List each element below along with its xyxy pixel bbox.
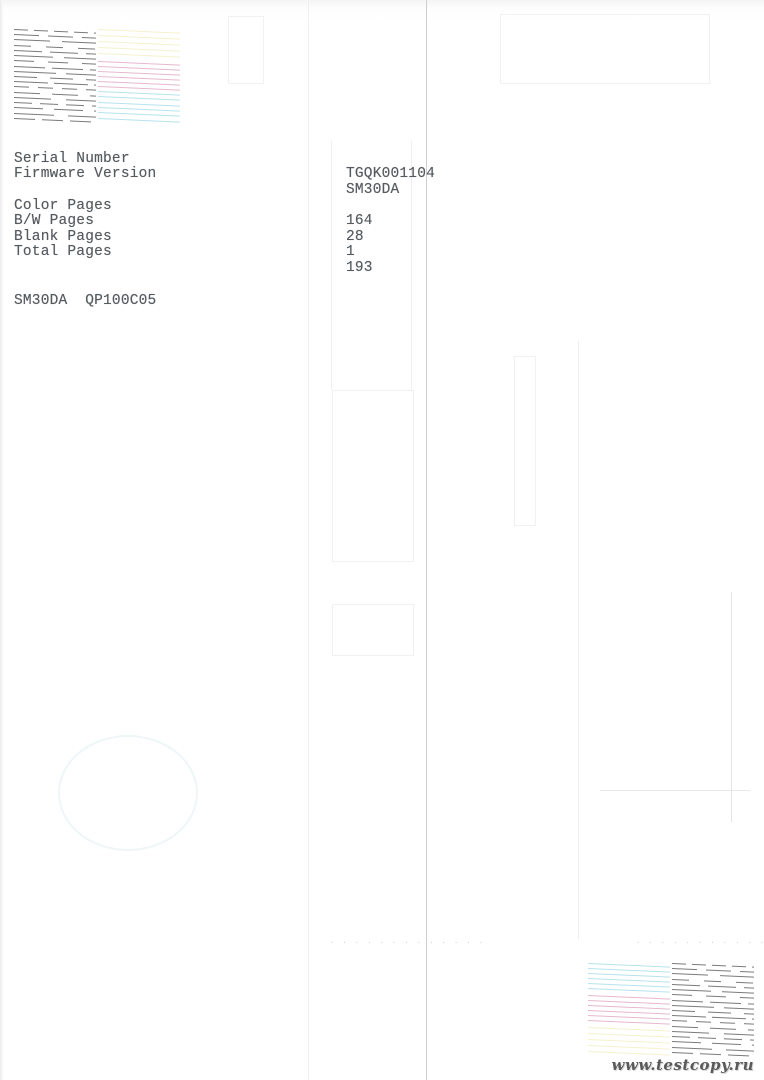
bw-pages-row: B/W Pages 28 xyxy=(0,199,53,215)
nozzle-line xyxy=(98,41,180,46)
nozzle-line xyxy=(588,1033,670,1038)
nozzle-line xyxy=(98,118,180,123)
magenta-nozzle-block xyxy=(98,60,180,90)
nozzle-line xyxy=(588,1015,670,1020)
nozzle-line xyxy=(588,978,670,983)
firmware-version-label: Firmware Version xyxy=(14,167,156,183)
black-nozzle-block xyxy=(672,962,754,1056)
nozzle-check-pattern-top xyxy=(14,28,180,122)
nozzle-line xyxy=(14,107,96,112)
nozzle-line xyxy=(98,53,180,58)
nozzle-line xyxy=(672,1031,754,1036)
nozzle-line xyxy=(672,1041,754,1046)
nozzle-line xyxy=(98,81,180,86)
blank-pages-value: 1 xyxy=(346,245,355,261)
nozzle-line xyxy=(14,113,96,118)
nozzle-line xyxy=(14,60,96,65)
nozzle-line xyxy=(672,1015,754,1020)
nozzle-line xyxy=(14,66,96,71)
nozzle-line xyxy=(14,39,96,44)
ghost-line xyxy=(731,592,732,822)
firmware-version-row: Firmware Version SM30DA xyxy=(0,152,53,168)
nozzle-line xyxy=(98,102,180,107)
nozzle-line xyxy=(98,76,180,81)
total-pages-row: Total Pages 193 xyxy=(0,230,53,246)
nozzle-line xyxy=(672,1047,754,1052)
yellow-nozzle-block xyxy=(588,1026,670,1056)
nozzle-line xyxy=(672,1000,754,1005)
ghost-seal xyxy=(58,735,198,851)
nozzle-line xyxy=(672,989,754,994)
nozzle-line xyxy=(98,29,180,34)
ghost-box xyxy=(500,14,710,84)
nozzle-line xyxy=(672,979,754,984)
nozzle-line xyxy=(588,1000,670,1005)
firmware-code-footer: SM30DA QP100C05 xyxy=(14,293,156,309)
nozzle-line xyxy=(588,1027,670,1032)
ghost-text: . . . . . . . . . . . xyxy=(636,938,764,946)
watermark: www.testcopy.ru xyxy=(612,1056,754,1074)
cyan-nozzle-block xyxy=(98,90,180,122)
nozzle-line xyxy=(98,107,180,112)
black-nozzle-block xyxy=(14,28,96,122)
nozzle-line xyxy=(14,34,96,39)
ghost-box xyxy=(332,604,414,656)
nozzle-line xyxy=(588,973,670,978)
nozzle-line xyxy=(14,118,96,123)
nozzle-line xyxy=(14,97,96,102)
ghost-line xyxy=(600,790,750,791)
nozzle-line xyxy=(14,81,96,86)
nozzle-line xyxy=(98,96,180,101)
ghost-box xyxy=(514,356,536,526)
nozzle-line xyxy=(98,35,180,40)
nozzle-line xyxy=(672,1005,754,1010)
nozzle-line xyxy=(672,1036,754,1041)
nozzle-line xyxy=(98,91,180,96)
nozzle-line xyxy=(14,86,96,91)
status-report: Serial Number TGQK001104 Firmware Versio… xyxy=(0,136,460,256)
color-pages-row: Color Pages 164 xyxy=(0,183,53,199)
nozzle-check-pattern-bottom xyxy=(588,962,754,1056)
nozzle-line xyxy=(588,983,670,988)
nozzle-line xyxy=(588,995,670,1000)
nozzle-line xyxy=(672,984,754,989)
nozzle-line xyxy=(588,1051,670,1056)
serial-number-row: Serial Number TGQK001104 xyxy=(0,136,53,152)
nozzle-line xyxy=(98,112,180,117)
nozzle-line xyxy=(98,66,180,71)
nozzle-line xyxy=(672,1010,754,1015)
nozzle-line xyxy=(14,71,96,76)
nozzle-line xyxy=(588,1039,670,1044)
nozzle-line xyxy=(14,55,96,60)
ghost-text: . . . . . . . . . . . . . xyxy=(330,938,485,946)
nozzle-line xyxy=(14,45,96,50)
nozzle-line xyxy=(14,102,96,107)
nozzle-line xyxy=(672,1020,754,1025)
nozzle-line xyxy=(672,963,754,968)
nozzle-line xyxy=(588,963,670,968)
firmware-version-value: SM30DA xyxy=(346,183,399,199)
nozzle-line xyxy=(98,61,180,66)
ghost-line xyxy=(578,340,579,940)
nozzle-line xyxy=(588,988,670,993)
nozzle-line xyxy=(672,994,754,999)
total-pages-value: 193 xyxy=(346,261,373,277)
scanned-page: . . . . . . . . . . . . . . . . . . . . … xyxy=(0,0,764,1080)
serial-number-value: TGQK001104 xyxy=(346,167,435,183)
blank-pages-row: Blank Pages 1 xyxy=(0,214,53,230)
nozzle-line xyxy=(14,76,96,81)
ghost-box xyxy=(228,16,264,84)
nozzle-line xyxy=(98,47,180,52)
nozzle-line xyxy=(672,968,754,973)
nozzle-line xyxy=(672,1026,754,1031)
magenta-nozzle-block xyxy=(588,994,670,1024)
nozzle-line xyxy=(588,1010,670,1015)
ghost-box xyxy=(332,390,414,562)
nozzle-line xyxy=(588,1020,670,1025)
color-pages-value: 164 xyxy=(346,214,373,230)
nozzle-line xyxy=(588,1045,670,1050)
nozzle-line xyxy=(672,973,754,978)
nozzle-line xyxy=(14,50,96,55)
nozzle-line xyxy=(588,1005,670,1010)
cyan-nozzle-block xyxy=(588,962,670,992)
bw-pages-value: 28 xyxy=(346,230,364,246)
nozzle-line xyxy=(14,29,96,34)
total-pages-label: Total Pages xyxy=(14,245,112,261)
nozzle-line xyxy=(588,968,670,973)
nozzle-line xyxy=(98,71,180,76)
nozzle-line xyxy=(14,92,96,97)
yellow-nozzle-block xyxy=(98,28,180,58)
